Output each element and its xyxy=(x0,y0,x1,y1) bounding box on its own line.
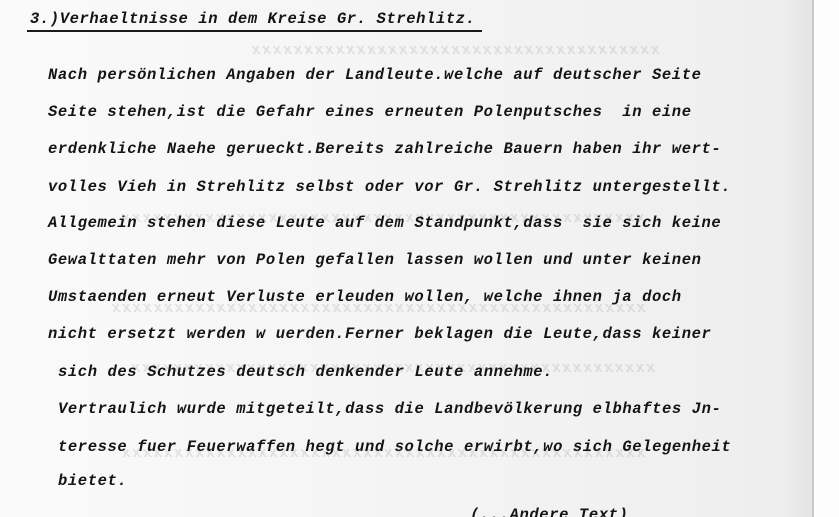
body-line: Umstaenden erneut Verluste erleuden woll… xyxy=(48,288,682,306)
bleed-through-text: xxxxxxxxxxxxxxxxxxxxxxxxxxxxxxxxxxxxxxx xyxy=(250,42,660,59)
body-line: teresse fuer Feuerwaffen hegt und solche… xyxy=(58,438,731,456)
partial-bottom-line: (...Andere Text) xyxy=(470,506,628,517)
body-line: sich des Schutzes deutsch denkender Leut… xyxy=(58,363,553,381)
body-line: Allgemein stehen diese Leute auf dem Sta… xyxy=(48,214,721,232)
body-line: Vertraulich wurde mitgeteilt,dass die La… xyxy=(58,400,721,418)
body-line: erdenkliche Naehe gerueckt.Bereits zahlr… xyxy=(48,140,721,158)
heading-underline xyxy=(27,30,482,32)
scan-margin xyxy=(814,0,839,517)
body-line: Gewalttaten mehr von Polen gefallen lass… xyxy=(48,251,702,269)
body-line: Seite stehen,ist die Gefahr eines erneut… xyxy=(48,103,692,121)
body-line: volles Vieh in Strehlitz selbst oder vor… xyxy=(48,178,731,196)
body-line: bietet. xyxy=(58,472,127,490)
body-line: nicht ersetzt werden w uerden.Ferner bek… xyxy=(48,325,711,343)
body-line: Nach persönlichen Angaben der Landleute.… xyxy=(48,66,702,84)
section-heading: 3.)Verhaeltnisse in dem Kreise Gr. Streh… xyxy=(30,10,476,30)
